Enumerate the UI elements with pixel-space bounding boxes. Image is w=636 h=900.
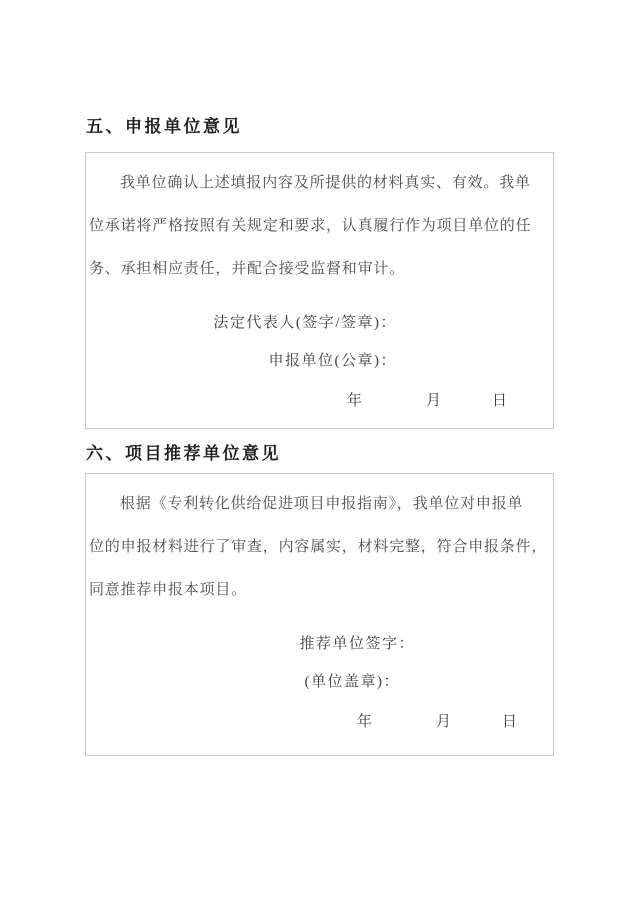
- section-5-heading: 五、申报单位意见: [86, 116, 554, 138]
- recommendation-statement-box: 根据《专利转化供给促进项目申报指南》，我单位对申报单 位的申报材料进行了审查，内…: [85, 473, 554, 756]
- section-applicant-unit-opinion: 五、申报单位意见 我单位确认上述填报内容及所提供的材料真实、有效。我单 位承诺将…: [85, 116, 554, 429]
- recommendation-date-line: 年 月 日: [89, 701, 551, 739]
- recommendation-statement-paragraph: 根据《专利转化供给促进项目申报指南》，我单位对申报单 位的申报材料进行了审查，内…: [89, 483, 551, 612]
- section-6-heading: 六、项目推荐单位意见: [86, 443, 554, 465]
- page-content: 五、申报单位意见 我单位确认上述填报内容及所提供的材料真实、有效。我单 位承诺将…: [0, 0, 636, 756]
- recommendation-signature-block: 推荐单位签字： (单位盖章)： 年 月 日: [89, 625, 551, 739]
- month-label: 月: [436, 710, 451, 731]
- section-recommending-unit-opinion: 六、项目推荐单位意见 根据《专利转化供给促进项目申报指南》，我单位对申报单 位的…: [85, 443, 554, 756]
- day-label: 日: [502, 710, 517, 731]
- applicant-unit-seal-label: 申报单位(公章)：: [89, 342, 551, 380]
- legal-representative-signature-label: 法定代表人(签字/签章)：: [89, 304, 551, 342]
- recommending-unit-seal-label: (单位盖章)：: [89, 663, 551, 701]
- year-label: 年: [357, 710, 372, 731]
- recommending-unit-signature-label: 推荐单位签字：: [89, 625, 551, 663]
- applicant-date-line: 年 月 日: [89, 380, 551, 418]
- applicant-signature-block: 法定代表人(签字/签章)： 申报单位(公章)： 年 月 日: [89, 304, 551, 418]
- applicant-statement-box: 我单位确认上述填报内容及所提供的材料真实、有效。我单 位承诺将严格按照有关规定和…: [85, 152, 554, 429]
- applicant-statement-paragraph: 我单位确认上述填报内容及所提供的材料真实、有效。我单 位承诺将严格按照有关规定和…: [89, 162, 551, 291]
- month-label: 月: [426, 389, 441, 410]
- day-label: 日: [492, 389, 507, 410]
- year-label: 年: [347, 389, 362, 410]
- document-page: 五、申报单位意见 我单位确认上述填报内容及所提供的材料真实、有效。我单 位承诺将…: [0, 0, 636, 900]
